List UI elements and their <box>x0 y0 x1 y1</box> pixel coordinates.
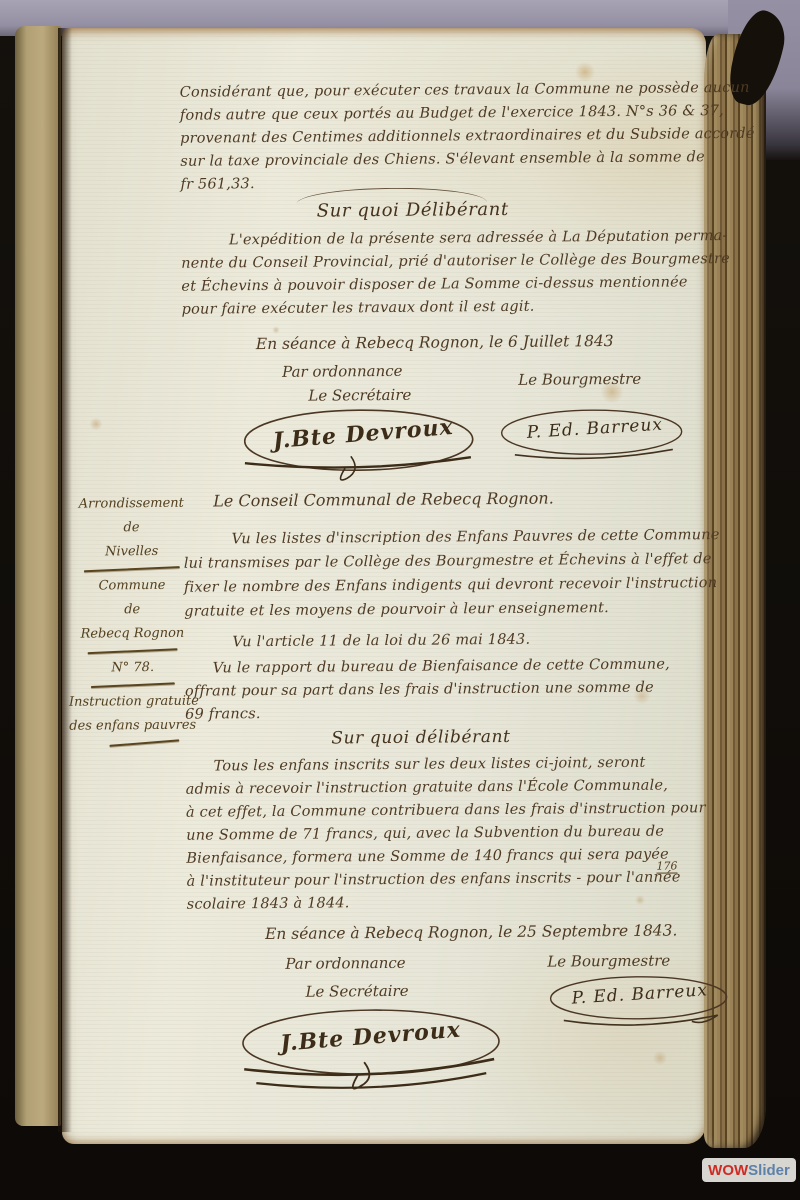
ink-rule <box>88 648 178 654</box>
session-date-line-1: En séance à Rebecq Rognon, le 6 Juillet … <box>256 332 614 353</box>
margin-arrondissement: Arrondissement <box>67 492 195 517</box>
ink-rule <box>84 566 180 572</box>
margin-de: de <box>68 598 196 623</box>
manuscript-line: gratuite et les moyens de pourvoir à leu… <box>184 595 752 624</box>
margin-subject: des enfans pauvres <box>69 714 197 739</box>
signature-secretaire-2: J.Bte Devroux <box>236 1003 507 1097</box>
session-date-line-2: En séance à Rebecq Rognon, le 25 Septemb… <box>265 921 678 943</box>
margin-annotation: Arrondissement de Nivelles Commune de Re… <box>67 492 197 749</box>
paragraph-rapport-bureau: Vu le rapport du bureau de Bienfaisance … <box>185 653 754 727</box>
bourgmestre-title-1: Le Bourgmestre <box>518 370 641 389</box>
paragraph-considerant: Considérant que, pour exécuter ces trava… <box>180 77 749 197</box>
margin-nivelles: Nivelles <box>68 540 196 565</box>
interline-correction: 176 <box>656 859 677 873</box>
bourgmestre-title-2: Le Bourgmestre <box>547 952 670 971</box>
signature-bourgmestre-2: P. Ed. Barreux <box>543 971 733 1029</box>
margin-commune: Commune <box>68 574 196 599</box>
manuscript-line: pour faire exécuter les travaux dont il … <box>181 294 749 322</box>
watermark-wow-text: WOW <box>708 1162 748 1179</box>
paragraph-vu-listes: Vu les listes d'inscription des Enfans P… <box>183 523 752 624</box>
manuscript-content: Considérant que, pour exécuter ces trava… <box>57 25 711 1147</box>
section-heading-deliberant-1: Sur quoi Délibérant <box>317 199 509 222</box>
margin-de: de <box>67 516 195 541</box>
par-ordonnance-2: Par ordonnance <box>285 954 405 973</box>
par-ordonnance-1: Par ordonnance <box>282 362 402 381</box>
signature-secretaire-1: J.Bte Devroux <box>238 403 479 485</box>
vu-article-line: Vu l'article 11 de la loi du 26 mai 1843… <box>232 629 530 655</box>
council-heading: Le Conseil Communal de Rebecq Rognon. <box>213 489 554 511</box>
margin-rebecq-rognon: Rebecq Rognon <box>68 622 196 647</box>
manuscript-line: Vu l'article 11 de la loi du 26 mai 1843… <box>232 629 530 655</box>
ink-rule <box>109 739 179 746</box>
section-heading-deliberant-2: Sur quoi délibérant <box>331 727 510 749</box>
watermark-slider-text: Slider <box>748 1162 790 1179</box>
ink-rule <box>91 682 175 688</box>
margin-subject: Instruction gratuite <box>69 690 197 715</box>
signature-bourgmestre-1: P. Ed. Barreux <box>496 405 686 463</box>
paragraph-resolution: Tous les enfans inscrits sur les deux li… <box>185 751 754 917</box>
paragraph-expedition: L'expédition de la présente sera adressé… <box>181 225 750 322</box>
margin-number: N° 78. <box>69 656 197 681</box>
secretaire-title-2: Le Secrétaire <box>305 982 408 1001</box>
manuscript-line: fixer le nombre des Enfans indigents qui… <box>184 571 752 600</box>
wowslider-watermark[interactable]: WOWSlider <box>702 1158 796 1182</box>
photo-of-manuscript: Considérant que, pour exécuter ces trava… <box>0 0 800 1200</box>
previous-page-edge <box>15 26 61 1126</box>
manuscript-line: scolaire 1843 à 1844. <box>187 889 755 917</box>
secretaire-title-1: Le Secrétaire <box>308 386 411 405</box>
